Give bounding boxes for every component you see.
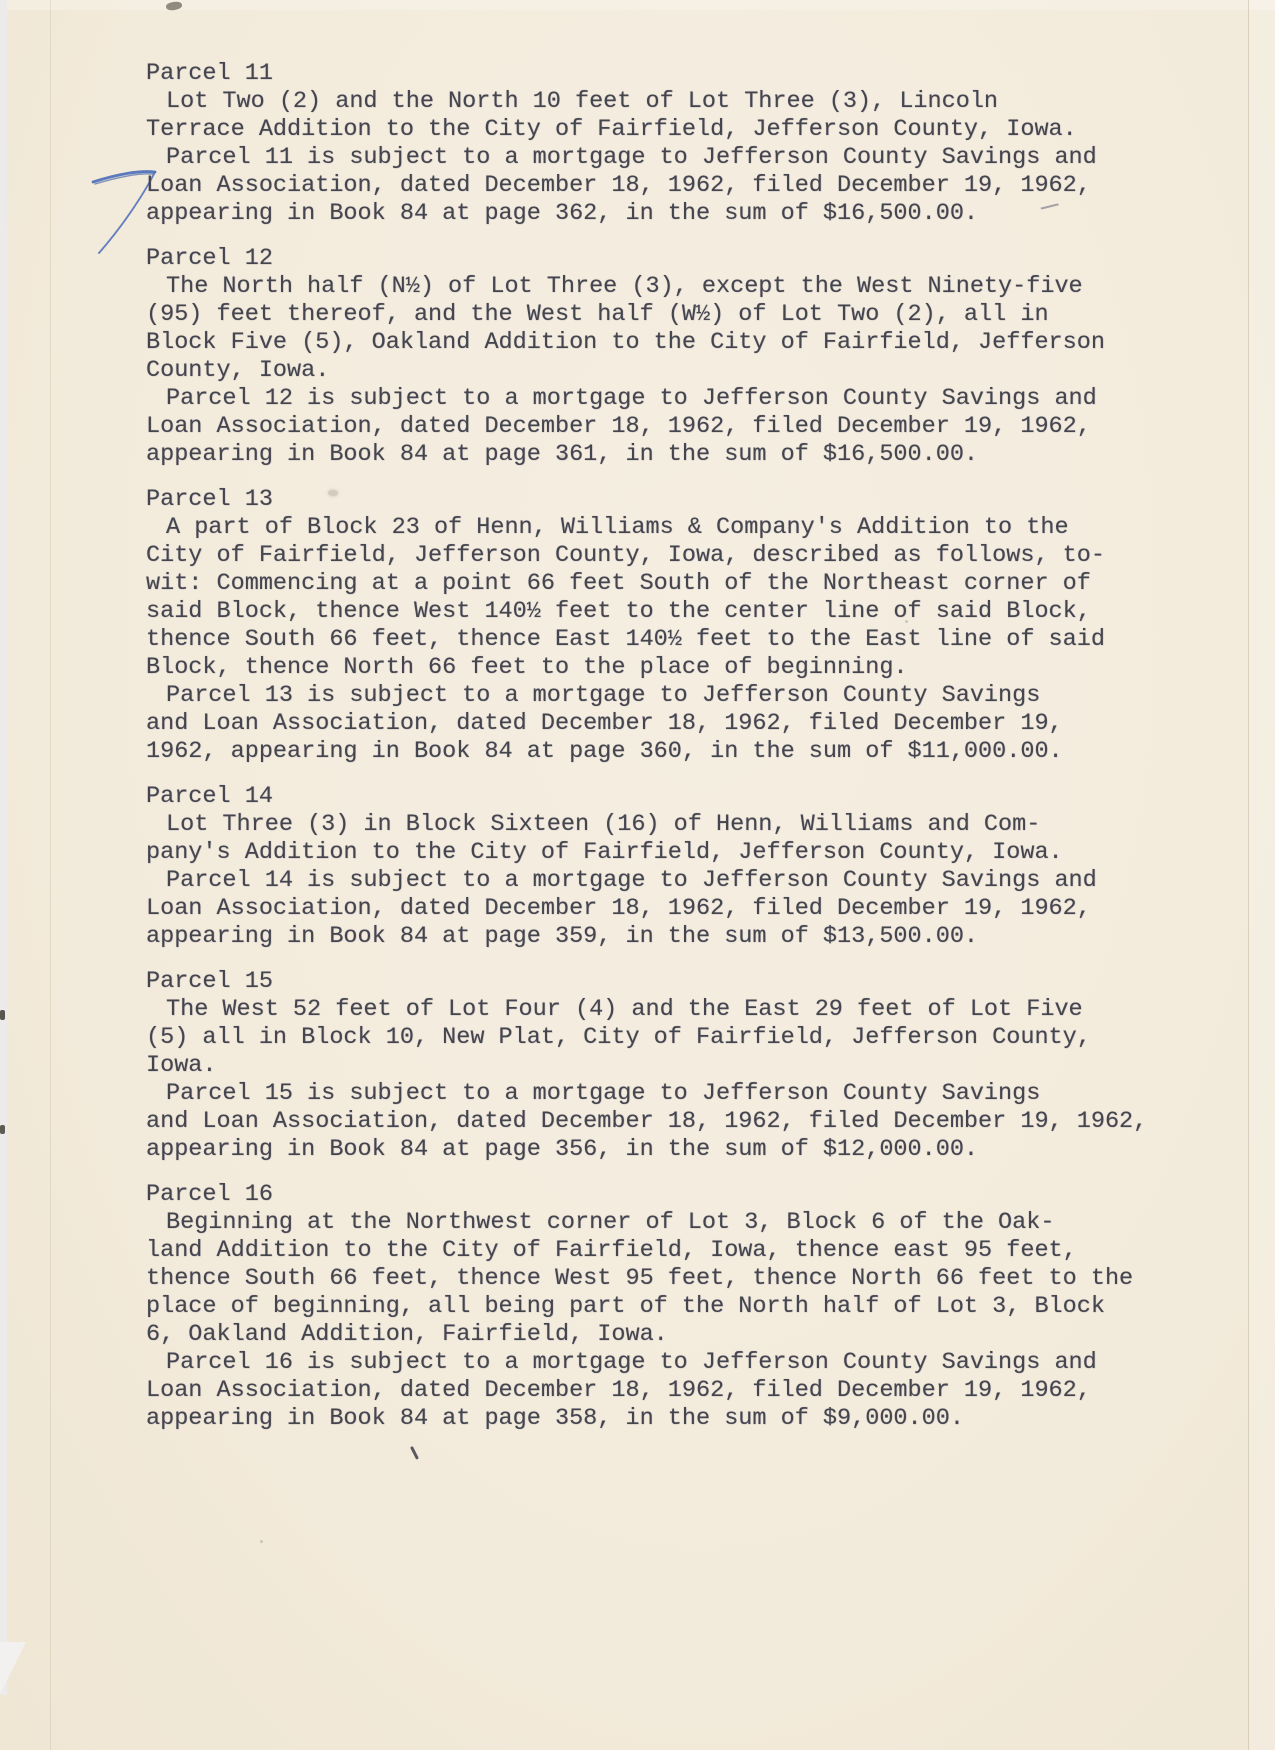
parcel-section-12: Parcel 12 The North half (N½) of Lot Thr…	[146, 245, 1147, 469]
parcel-legal-description: The North half (N½) of Lot Three (3), ex…	[146, 273, 1147, 385]
paper-crease-left	[50, 0, 51, 1750]
parcel-section-11: Parcel 11 Lot Two (2) and the North 10 f…	[146, 60, 1147, 228]
parcel-legal-description: The West 52 feet of Lot Four (4) and the…	[146, 996, 1147, 1080]
parcel-heading: Parcel 15	[146, 968, 1147, 996]
parcel-mortgage-clause: Parcel 14 is subject to a mortgage to Je…	[146, 867, 1147, 951]
parcel-section-14: Parcel 14 Lot Three (3) in Block Sixteen…	[146, 783, 1147, 951]
dust-speck	[260, 1540, 263, 1543]
scanner-edge-strip	[0, 0, 7, 1695]
parcel-heading: Parcel 11	[146, 60, 1147, 88]
parcel-mortgage-clause: Parcel 12 is subject to a mortgage to Je…	[146, 385, 1147, 469]
parcel-mortgage-clause: Parcel 13 is subject to a mortgage to Je…	[146, 682, 1147, 766]
parcel-legal-description: Lot Three (3) in Block Sixteen (16) of H…	[146, 811, 1147, 867]
parcel-legal-description: A part of Block 23 of Henn, Williams & C…	[146, 514, 1147, 682]
edge-speck	[0, 1125, 5, 1134]
parcel-legal-description: Beginning at the Northwest corner of Lot…	[146, 1209, 1147, 1349]
paper-corner-wedge	[0, 1642, 26, 1694]
paper-crease-right	[1248, 0, 1249, 1750]
parcel-heading: Parcel 13	[146, 486, 1147, 514]
parcel-section-13: Parcel 13 A part of Block 23 of Henn, Wi…	[146, 486, 1147, 766]
parcel-heading: Parcel 12	[146, 245, 1147, 273]
edge-speck	[0, 1010, 5, 1020]
parcel-section-16: Parcel 16 Beginning at the Northwest cor…	[146, 1181, 1147, 1433]
typewritten-text-block: Parcel 11 Lot Two (2) and the North 10 f…	[146, 60, 1147, 1450]
parcel-mortgage-clause: Parcel 11 is subject to a mortgage to Je…	[146, 144, 1147, 228]
parcel-legal-description: Lot Two (2) and the North 10 feet of Lot…	[146, 88, 1147, 144]
parcel-heading: Parcel 16	[146, 1181, 1147, 1209]
paper-top-edge	[0, 0, 1275, 10]
scanned-document-page: Parcel 11 Lot Two (2) and the North 10 f…	[0, 0, 1275, 1750]
paper-edge-strip-right	[1249, 0, 1275, 1750]
parcel-section-15: Parcel 15 The West 52 feet of Lot Four (…	[146, 968, 1147, 1164]
parcel-mortgage-clause: Parcel 15 is subject to a mortgage to Je…	[146, 1080, 1147, 1164]
parcel-mortgage-clause: Parcel 16 is subject to a mortgage to Je…	[146, 1349, 1147, 1433]
parcel-heading: Parcel 14	[146, 783, 1147, 811]
